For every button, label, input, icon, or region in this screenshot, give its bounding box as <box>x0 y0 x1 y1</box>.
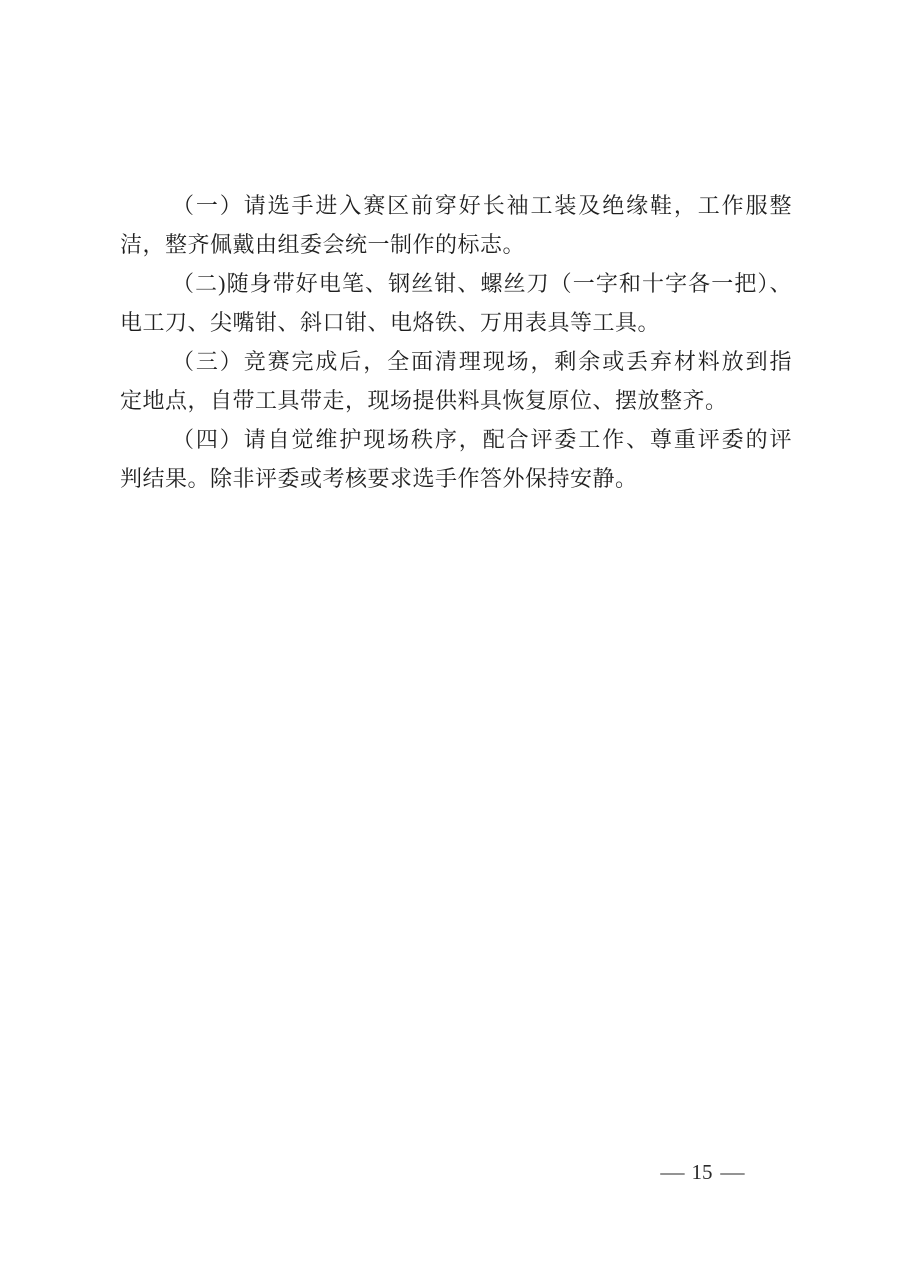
page-footer: — 15 — <box>647 1160 757 1185</box>
paragraph-3-line-2: 定地点，自带工具带走，现场提供料具恢复原位、摆放整齐。 <box>120 381 792 420</box>
paragraph-2-line-1: （二)随身带好电笔、钢丝钳、螺丝刀（一字和十字各一把）、 <box>120 264 792 303</box>
document-page: （一）请选手进入赛区前穿好长袖工装及绝缘鞋，工作服整 洁，整齐佩戴由组委会统一制… <box>0 0 900 1273</box>
page-number: 15 <box>692 1160 713 1185</box>
paragraph-1: （一）请选手进入赛区前穿好长袖工装及绝缘鞋，工作服整 洁，整齐佩戴由组委会统一制… <box>120 186 792 264</box>
page-number-right-dash: — <box>720 1160 744 1185</box>
paragraph-3: （三）竞赛完成后，全面清理现场，剩余或丢弃材料放到指 定地点，自带工具带走，现场… <box>120 342 792 420</box>
page-number-left-dash: — <box>660 1160 684 1185</box>
body-text-block: （一）请选手进入赛区前穿好长袖工装及绝缘鞋，工作服整 洁，整齐佩戴由组委会统一制… <box>120 186 792 498</box>
paragraph-4: （四）请自觉维护现场秩序，配合评委工作、尊重评委的评 判结果。除非评委或考核要求… <box>120 420 792 498</box>
paragraph-2-line-2: 电工刀、尖嘴钳、斜口钳、电烙铁、万用表具等工具。 <box>120 303 792 342</box>
paragraph-4-line-1: （四）请自觉维护现场秩序，配合评委工作、尊重评委的评 <box>120 420 792 459</box>
paragraph-2: （二)随身带好电笔、钢丝钳、螺丝刀（一字和十字各一把）、 电工刀、尖嘴钳、斜口钳… <box>120 264 792 342</box>
paragraph-4-line-2: 判结果。除非评委或考核要求选手作答外保持安静。 <box>120 459 792 498</box>
paragraph-1-line-2: 洁，整齐佩戴由组委会统一制作的标志。 <box>120 225 792 264</box>
paragraph-3-line-1: （三）竞赛完成后，全面清理现场，剩余或丢弃材料放到指 <box>120 342 792 381</box>
paragraph-1-line-1: （一）请选手进入赛区前穿好长袖工装及绝缘鞋，工作服整 <box>120 186 792 225</box>
